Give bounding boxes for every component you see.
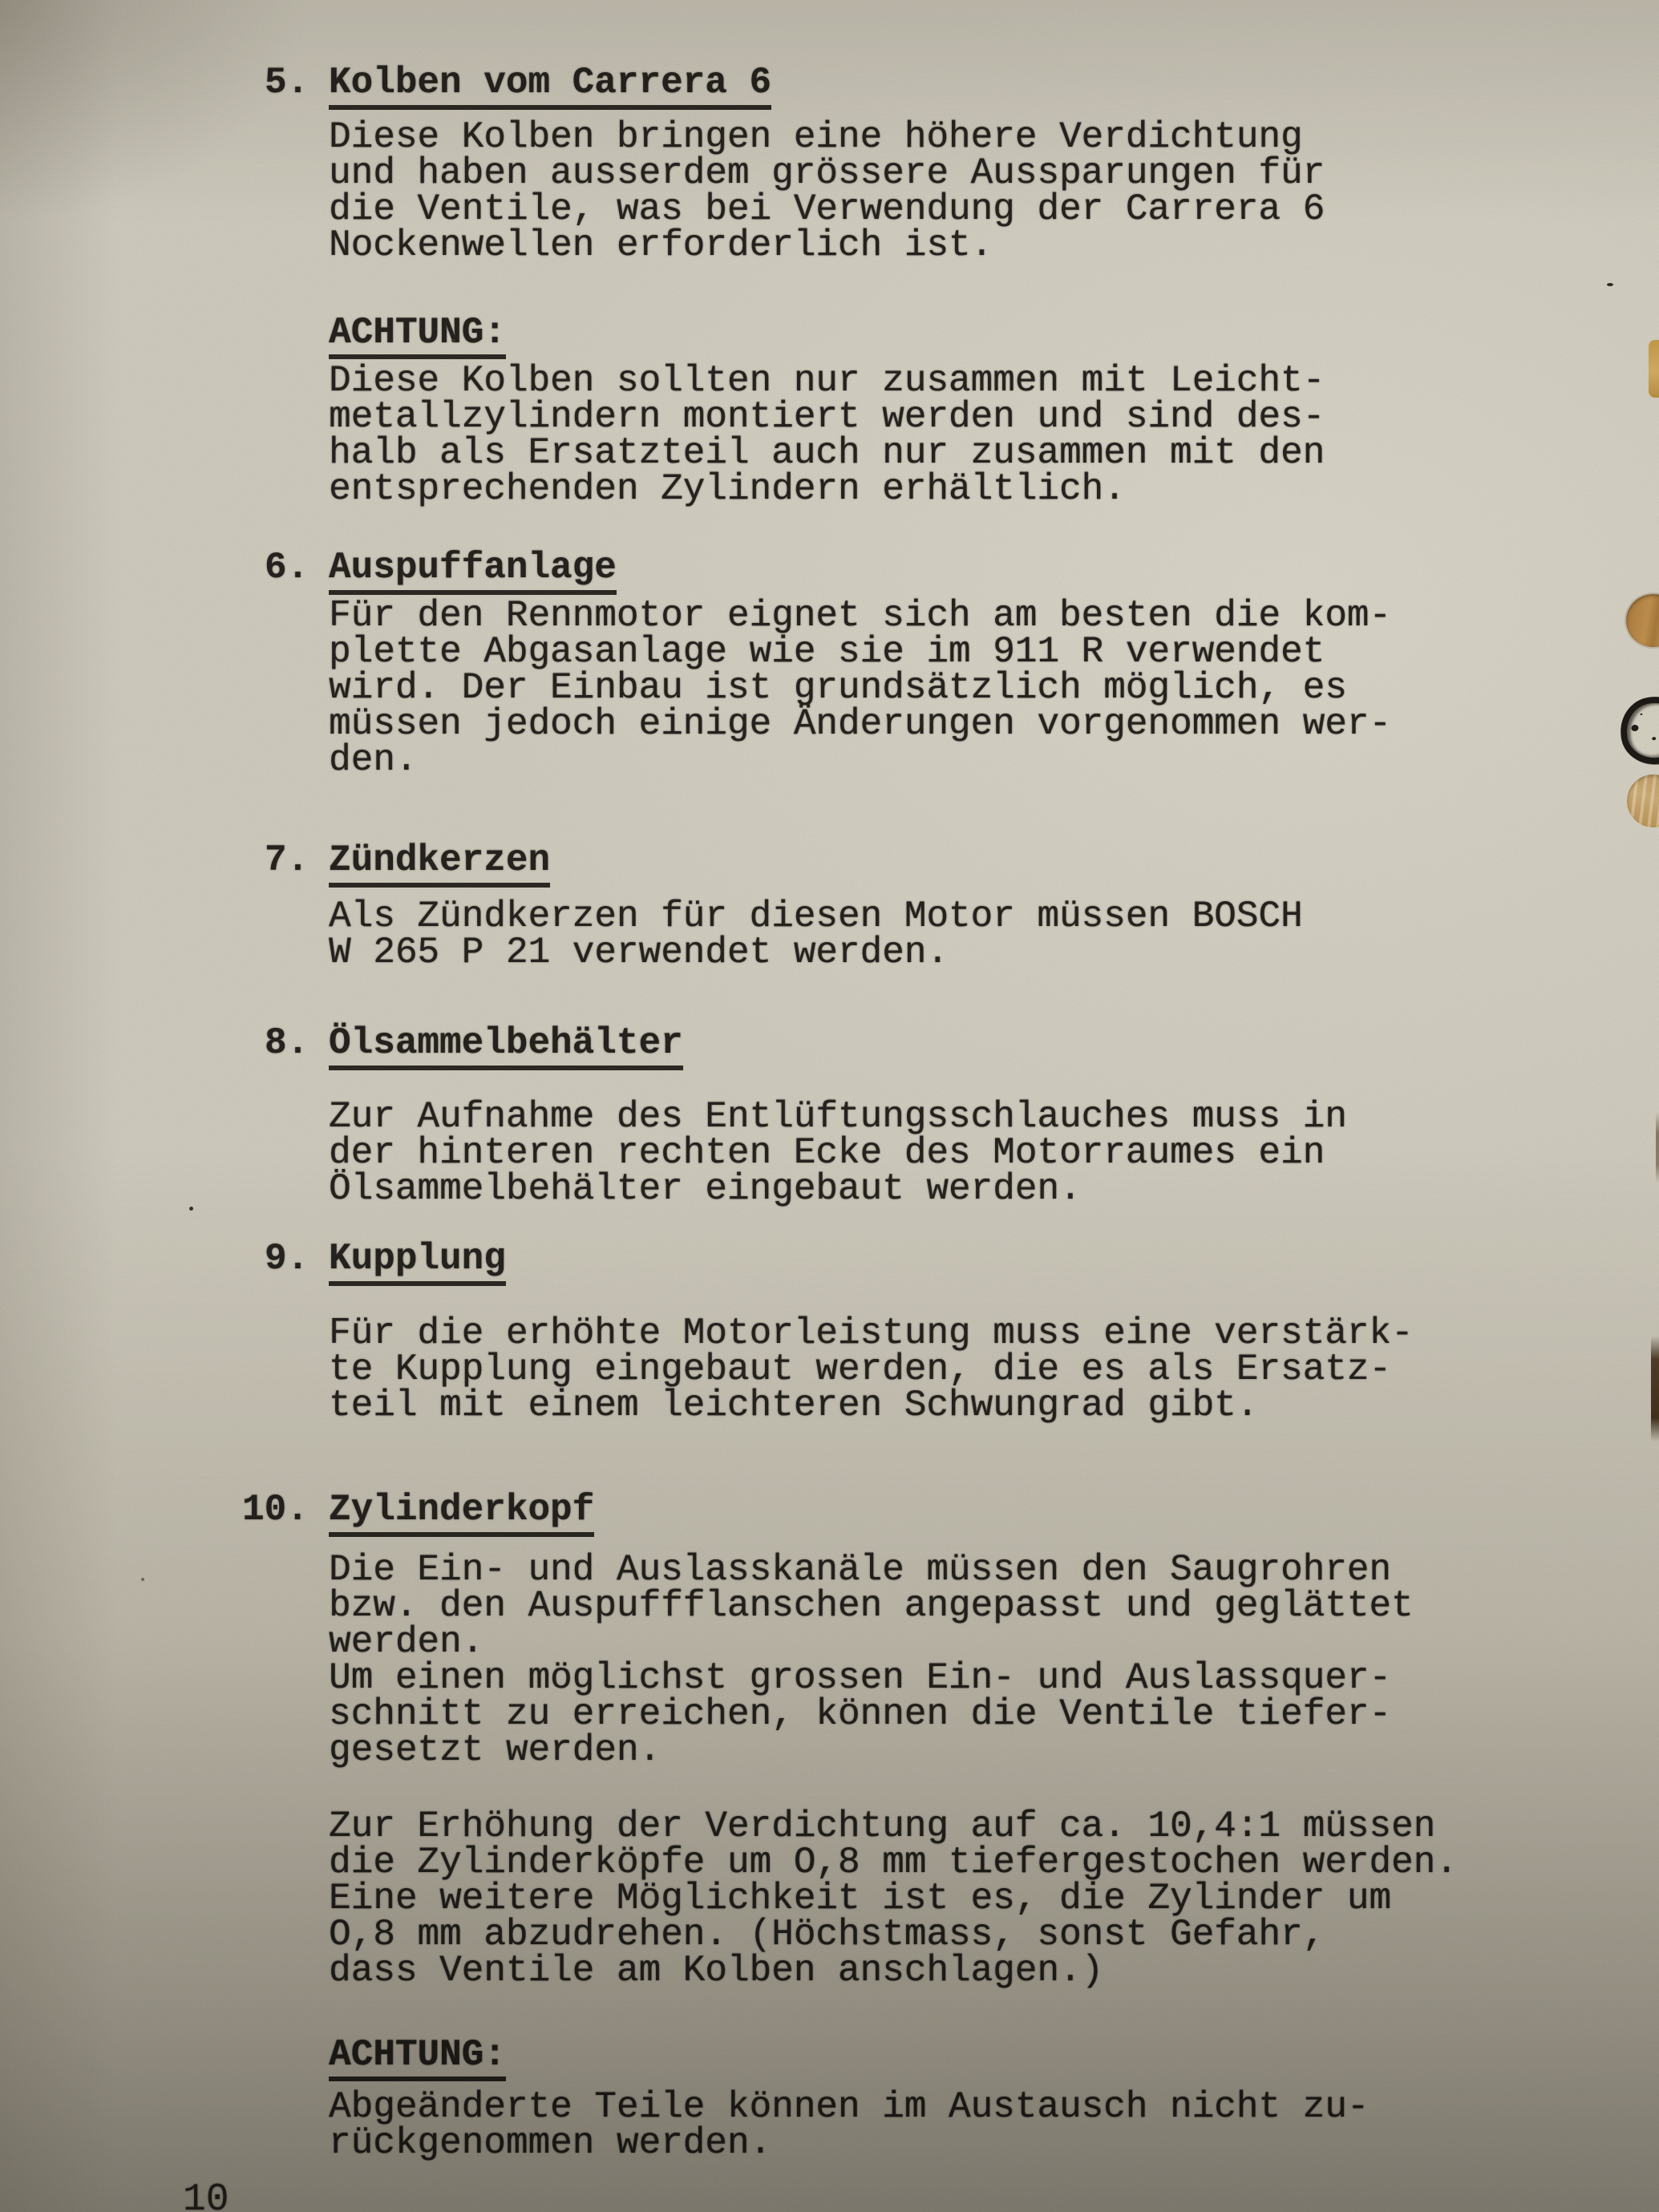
paper-edge-shadow bbox=[1651, 1336, 1659, 1442]
paragraph: Zur Aufnahme des Entlüftungsschlauches m… bbox=[329, 1099, 1347, 1207]
paper-edge-line bbox=[1656, 1112, 1659, 1183]
section-number: 10. bbox=[242, 1492, 309, 1528]
note-heading-label: ACHTUNG: bbox=[329, 315, 506, 359]
section-number: 6. bbox=[265, 550, 309, 586]
section-title: Kolben vom Carrera 6 bbox=[329, 65, 771, 110]
section-number: 5. bbox=[265, 65, 309, 101]
punch-hole-bottom bbox=[1627, 774, 1659, 827]
section-title: Ölsammelbehälter bbox=[329, 1025, 683, 1070]
punch-hole-top bbox=[1626, 594, 1659, 647]
paragraph: Zur Erhöhung der Verdichtung auf ca. 10,… bbox=[329, 1809, 1458, 1989]
note-heading-label: ACHTUNG: bbox=[329, 2037, 506, 2081]
section-number: 8. bbox=[265, 1025, 309, 1062]
section-number: 7. bbox=[265, 843, 309, 879]
paper-speck bbox=[451, 339, 455, 342]
scanned-document-page: 5.Kolben vom Carrera 6Diese Kolben bring… bbox=[0, 0, 1659, 2212]
section-title: Auspuffanlage bbox=[329, 550, 617, 595]
paragraph: Die Ein- und Auslasskanäle müssen den Sa… bbox=[329, 1552, 1414, 1769]
section-heading: 9.Kupplung bbox=[0, 1241, 1659, 1289]
paper-speck bbox=[141, 1578, 144, 1581]
section-title: Zylinderkopf bbox=[329, 1492, 594, 1537]
paragraph: Diese Kolben sollten nur zusammen mit Le… bbox=[329, 363, 1325, 508]
page-number: 10 bbox=[183, 2182, 229, 2212]
section-heading: 7.Zündkerzen bbox=[0, 843, 1659, 891]
paragraph: Als Zündkerzen für diesen Motor müssen B… bbox=[329, 899, 1303, 971]
section-heading: 8.Ölsammelbehälter bbox=[0, 1025, 1659, 1074]
paper-speck bbox=[1607, 283, 1613, 286]
section-number: 9. bbox=[265, 1241, 309, 1277]
note-heading: ACHTUNG: bbox=[329, 2037, 506, 2081]
section-title: Kupplung bbox=[329, 1241, 506, 1286]
section-heading: 5.Kolben vom Carrera 6 bbox=[0, 65, 1659, 113]
paragraph: Für die erhöhte Motorleistung muss eine … bbox=[329, 1316, 1414, 1424]
paragraph: Für den Rennmotor eignet sich am besten … bbox=[329, 598, 1391, 778]
ink-ring-hole bbox=[1617, 693, 1659, 768]
paragraph: Diese Kolben bringen eine höhere Verdich… bbox=[329, 119, 1325, 264]
section-heading: 10.Zylinderkopf bbox=[0, 1492, 1659, 1540]
paper-edge-notch bbox=[1649, 340, 1659, 398]
note-heading: ACHTUNG: bbox=[329, 315, 506, 359]
section-title: Zündkerzen bbox=[329, 843, 550, 888]
section-heading: 6.Auspuffanlage bbox=[0, 550, 1659, 598]
paragraph: Abgeänderte Teile können im Austausch ni… bbox=[329, 2089, 1369, 2161]
paper-speck bbox=[189, 1207, 193, 1211]
